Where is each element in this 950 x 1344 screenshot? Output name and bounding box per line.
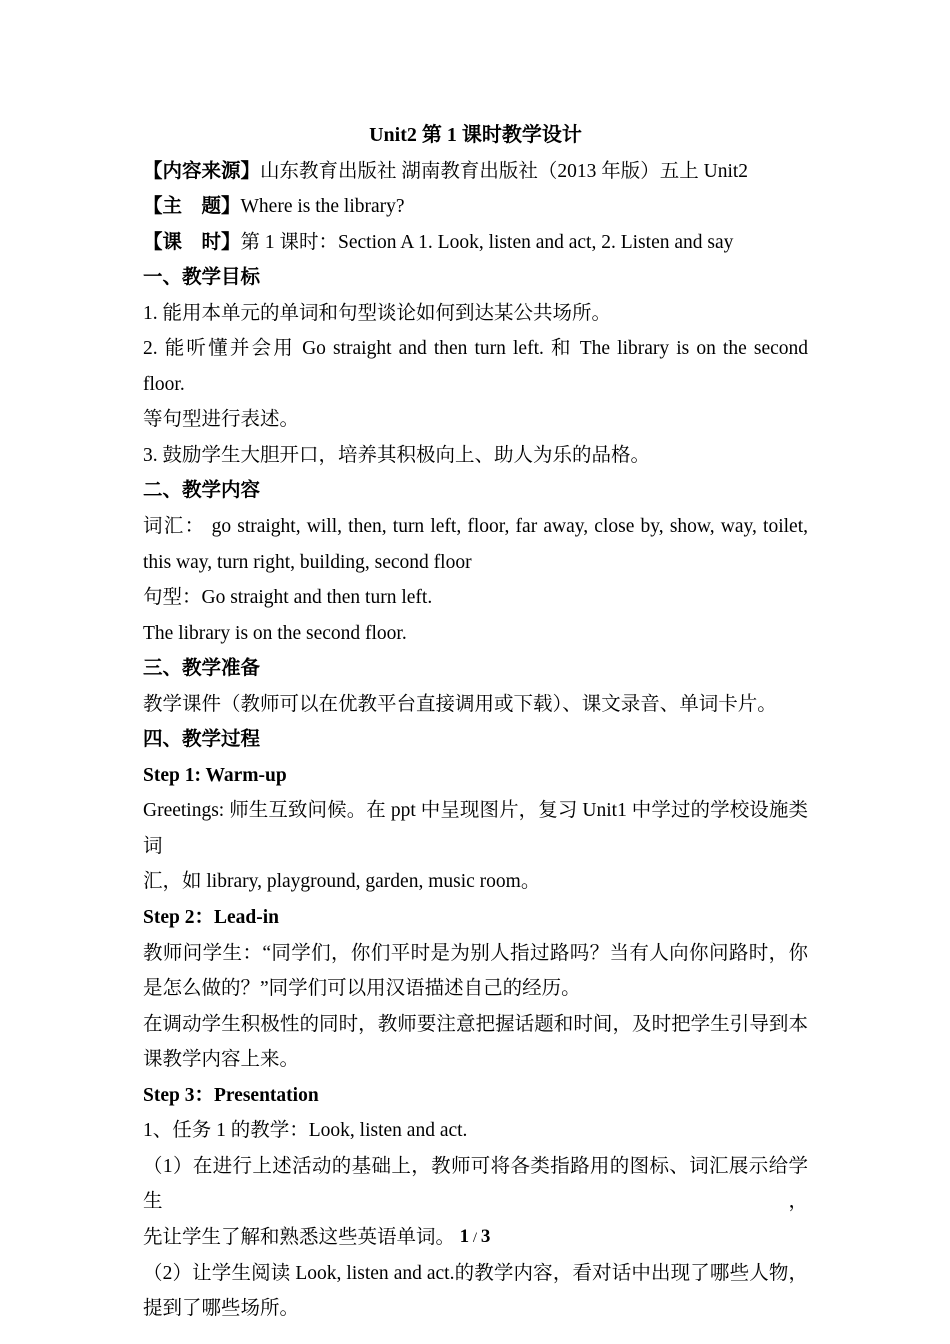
text-run: 教师问学生：“同学们，你们平时是为别人指过路吗？当有人向你问路时，你: [143, 943, 808, 964]
text-run: 汇，如 library, playground, garden, music r…: [143, 871, 540, 892]
text-run: 等句型进行表述。: [143, 409, 299, 430]
text-run: 在调动学生积极性的同时，教师要注意把握话题和时间，及时把学生引导到本: [143, 1014, 808, 1035]
text-run: Where is the library?: [241, 196, 405, 217]
text-run: The library is on the second floor.: [143, 623, 407, 644]
text-run: 词汇： go straight, will, then, turn left, …: [143, 516, 808, 537]
text-run: 一、教学目标: [143, 267, 260, 288]
text-run: 1. 能用本单元的单词和句型谈论如何到达某公共场所。: [143, 303, 611, 324]
step-3-heading: Step 3：Presentation: [143, 1078, 808, 1114]
doc-line: 等句型进行表述。: [143, 402, 808, 438]
text-run: （2）让学生阅读 Look, listen and act.的教学内容，看对话中…: [143, 1263, 808, 1284]
text-run: 1、任务 1 的教学：Look, listen and act.: [143, 1120, 467, 1141]
doc-line: （2）让学生阅读 Look, listen and act.的教学内容，看对话中…: [143, 1256, 808, 1292]
text-run: 三、教学准备: [143, 658, 260, 679]
text-run: （1）在进行上述活动的基础上，教师可将各类指路用的图标、词汇展示给学生，: [143, 1156, 808, 1213]
doc-line: Greetings: 师生互致问候。在 ppt 中呈现图片，复习 Unit1 中…: [143, 793, 808, 864]
section-heading-4: 四、教学过程: [143, 722, 808, 758]
text-run: 3. 鼓励学生大胆开口，培养其积极向上、助人为乐的品格。: [143, 445, 650, 466]
text-run: /: [469, 1230, 481, 1246]
doc-line: 课教学内容上来。: [143, 1042, 808, 1078]
text-run: 【内容来源】: [143, 161, 260, 182]
page-number: 1 / 3: [0, 1219, 950, 1257]
text-run: 2. 能听懂并会用 Go straight and then turn left…: [143, 338, 813, 395]
doc-line: 3. 鼓励学生大胆开口，培养其积极向上、助人为乐的品格。: [143, 438, 808, 474]
text-run: Greetings: 师生互致问候。在 ppt 中呈现图片，复习 Unit1 中…: [143, 800, 808, 857]
doc-line: 【主 题】Where is the library?: [143, 189, 808, 225]
doc-line: 教师问学生：“同学们，你们平时是为别人指过路吗？当有人向你问路时，你: [143, 936, 808, 972]
text-run: 1: [460, 1226, 470, 1247]
text-run: 【课 时】: [143, 232, 241, 253]
doc-line: （1）在进行上述活动的基础上，教师可将各类指路用的图标、词汇展示给学生，: [143, 1149, 808, 1220]
text-run: 课教学内容上来。: [143, 1049, 299, 1070]
doc-line: 句型：Go straight and then turn left.: [143, 580, 808, 616]
text-run: 教学课件（教师可以在优教平台直接调用或下载）、课文录音、单词卡片。: [143, 694, 777, 715]
text-run: 【主 题】: [143, 196, 241, 217]
doc-line: 【内容来源】山东教育出版社 湖南教育出版社（2013 年版）五上 Unit2: [143, 154, 808, 190]
doc-line: 1、任务 1 的教学：Look, listen and act.: [143, 1113, 808, 1149]
doc-line: 【课 时】第 1 课时：Section A 1. Look, listen an…: [143, 225, 808, 261]
doc-line: 2. 能听懂并会用 Go straight and then turn left…: [143, 331, 808, 402]
text-run: 是怎么做的？”同学们可以用汉语描述自己的经历。: [143, 978, 581, 999]
section-heading-2: 二、教学内容: [143, 473, 808, 509]
document-content: Unit2 第 1 课时教学设计【内容来源】山东教育出版社 湖南教育出版社（20…: [143, 118, 808, 1327]
text-run: Unit2 第 1 课时教学设计: [369, 124, 582, 146]
doc-line: 1. 能用本单元的单词和句型谈论如何到达某公共场所。: [143, 296, 808, 332]
text-run: 山东教育出版社 湖南教育出版社（2013 年版）五上 Unit2: [260, 161, 748, 182]
text-run: 四、教学过程: [143, 729, 260, 750]
doc-line: 汇，如 library, playground, garden, music r…: [143, 864, 808, 900]
step-2-heading: Step 2：Lead-in: [143, 900, 808, 936]
text-run: 句型：Go straight and then turn left.: [143, 587, 432, 608]
text-run: Step 1: Warm-up: [143, 765, 287, 786]
doc-line: 词汇： go straight, will, then, turn left, …: [143, 509, 808, 545]
section-heading-1: 一、教学目标: [143, 260, 808, 296]
text-run: 二、教学内容: [143, 480, 260, 501]
doc-line: 提到了哪些场所。: [143, 1291, 808, 1327]
text-run: this way, turn right, building, second f…: [143, 552, 472, 573]
text-run: Step 3：Presentation: [143, 1085, 319, 1106]
doc-line: 在调动学生积极性的同时，教师要注意把握话题和时间，及时把学生引导到本: [143, 1007, 808, 1043]
doc-line: The library is on the second floor.: [143, 616, 808, 652]
doc-line: 是怎么做的？”同学们可以用汉语描述自己的经历。: [143, 971, 808, 1007]
step-1-heading: Step 1: Warm-up: [143, 758, 808, 794]
text-run: 3: [481, 1226, 491, 1247]
doc-line: 教学课件（教师可以在优教平台直接调用或下载）、课文录音、单词卡片。: [143, 687, 808, 723]
page-title: Unit2 第 1 课时教学设计: [143, 118, 808, 154]
text-run: Step 2：Lead-in: [143, 907, 279, 928]
document-page: Unit2 第 1 课时教学设计【内容来源】山东教育出版社 湖南教育出版社（20…: [0, 0, 950, 1344]
text-run: 第 1 课时：Section A 1. Look, listen and act…: [241, 232, 734, 253]
section-heading-3: 三、教学准备: [143, 651, 808, 687]
text-run: 提到了哪些场所。: [143, 1298, 299, 1319]
doc-line: this way, turn right, building, second f…: [143, 545, 808, 581]
